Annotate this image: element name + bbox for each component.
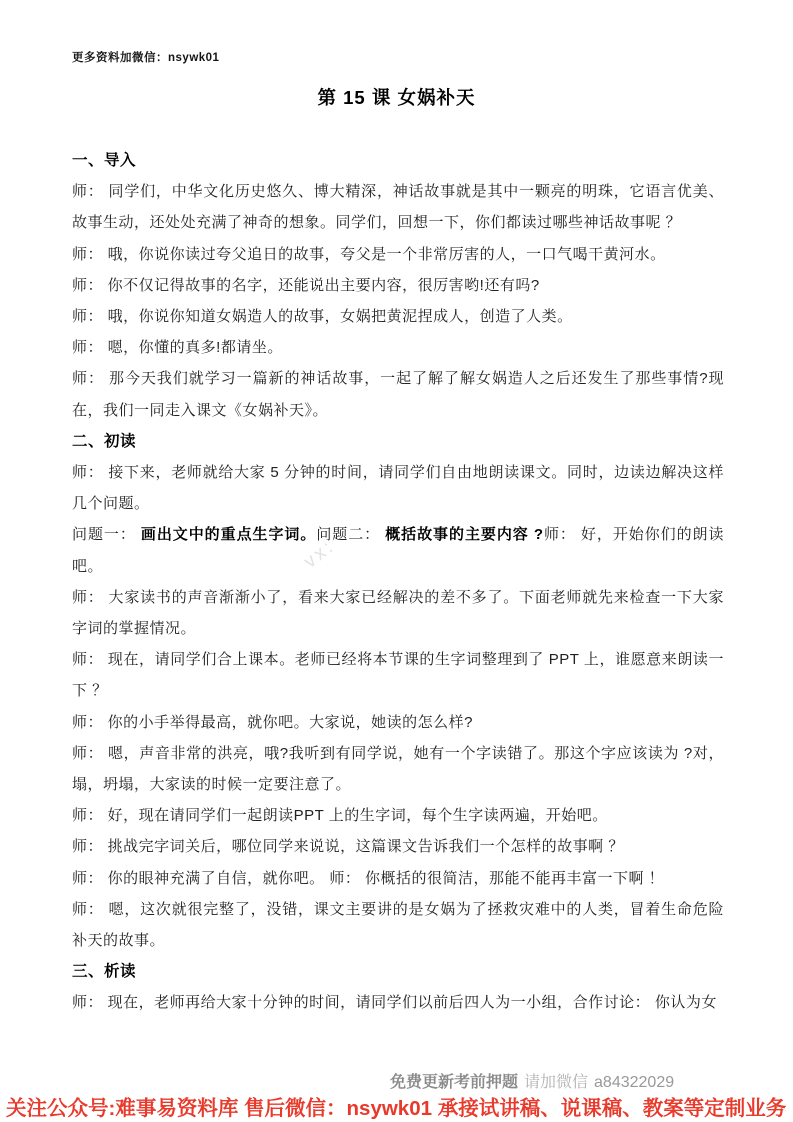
dialogue-paragraph: 师： 现在，请同学们合上课本。老师已经将本节课的生字词整理到了 PPT 上，谁愿… — [72, 644, 724, 706]
dialogue-text: 师： 好，现在请同学们一起朗读PPT 上的生字词，每个生字读两遍，开始吧。 — [72, 807, 608, 824]
emphasis-text: 概括故事的主要内容 ? — [385, 526, 543, 543]
footer-red-banner: 关注公众号:难事易资料库 售后微信：nsywk01 承接试讲稿、说课稿、教案等定… — [6, 1091, 793, 1121]
dialogue-text: 问题二： — [316, 526, 385, 543]
document-page: 更多资料加微信：nsywk01 第 15 课 女娲补天 一、导入师： 同学们，中… — [0, 0, 793, 1122]
dialogue-paragraph: 师： 挑战完字词关后，哪位同学来说说，这篇课文告诉我们一个怎样的故事啊 ？ — [72, 831, 724, 862]
dialogue-text: 师： 哦，你说你读过夸父追日的故事，夸父是一个非常厉害的人，一口气喝干黄河水。 — [72, 246, 666, 263]
dialogue-paragraph: 师： 嗯，这次就很完整了，没错，课文主要讲的是女娲为了拯救灾难中的人类，冒着生命… — [72, 894, 724, 956]
dialogue-text: 师： 接下来，老师就给大家 5 分钟的时间，请同学们自由地朗读课文。同时，边读边… — [72, 464, 724, 512]
dialogue-paragraph: 师： 好，现在请同学们一起朗读PPT 上的生字词，每个生字读两遍，开始吧。 — [72, 800, 724, 831]
document-body: 一、导入师： 同学们，中华文化历史悠久、博大精深，神话故事就是其中一颗亮的明珠，… — [72, 145, 724, 1019]
emphasis-text: 画出文中的重点生字词。 — [141, 526, 316, 543]
dialogue-paragraph: 师： 嗯，声音非常的洪亮，哦?我听到有同学说，她有一个字读错了。那这个字应该读为… — [72, 738, 724, 800]
dialogue-text: 师： 现在，老师再给大家十分钟的时间，请同学们以前后四人为一小组，合作讨论： 你… — [72, 994, 717, 1011]
dialogue-text: 问题一： — [72, 526, 141, 543]
dialogue-paragraph: 师： 你的眼神充满了自信，就你吧。 师： 你概括的很简洁，那能不能再丰富一下啊 … — [72, 863, 724, 894]
dialogue-text: 师： 你的小手举得最高，就你吧。大家说，她读的怎么样? — [72, 714, 473, 731]
dialogue-text: 师： 你不仅记得故事的名字，还能说出主要内容，很厉害哟!还有吗? — [72, 277, 540, 294]
dialogue-paragraph: 师： 那今天我们就学习一篇新的神话故事，一起了解了解女娲造人之后还发生了那些事情… — [72, 363, 724, 425]
dialogue-paragraph: 师： 同学们，中华文化历史悠久、博大精深，神话故事就是其中一颗亮的明珠，它语言优… — [72, 176, 724, 238]
dialogue-paragraph: 师： 你的小手举得最高，就你吧。大家说，她读的怎么样? — [72, 707, 724, 738]
update-note-wechat-id: a84322029 — [594, 1074, 674, 1091]
dialogue-paragraph: 师： 嗯，你懂的真多!都请坐。 — [72, 332, 724, 363]
dialogue-paragraph: 师： 接下来，老师就给大家 5 分钟的时间，请同学们自由地朗读课文。同时，边读边… — [72, 457, 724, 519]
dialogue-text: 师： 现在，请同学们合上课本。老师已经将本节课的生字词整理到了 PPT 上，谁愿… — [72, 651, 724, 699]
dialogue-paragraph: 师： 现在，老师再给大家十分钟的时间，请同学们以前后四人为一小组，合作讨论： 你… — [72, 987, 724, 1018]
dialogue-text: 师： 你的眼神充满了自信，就你吧。 师： 你概括的很简洁，那能不能再丰富一下啊 … — [72, 870, 664, 887]
page-title: 第 15 课 女娲补天 — [0, 84, 793, 110]
dialogue-text: 师： 那今天我们就学习一篇新的神话故事，一起了解了解女娲造人之后还发生了那些事情… — [72, 370, 724, 418]
update-note-bold-text: 免费更新考前押题 — [390, 1074, 518, 1091]
dialogue-text: 师： 大家读书的声音渐渐小了，看来大家已经解决的差不多了。下面老师就先来检查一下… — [72, 589, 724, 637]
header-promo-note: 更多资料加微信：nsywk01 — [72, 49, 219, 65]
dialogue-paragraph: 师： 大家读书的声音渐渐小了，看来大家已经解决的差不多了。下面老师就先来检查一下… — [72, 582, 724, 644]
dialogue-text: 师： 挑战完字词关后，哪位同学来说说，这篇课文告诉我们一个怎样的故事啊 ？ — [72, 838, 624, 855]
dialogue-paragraph: 师： 你不仅记得故事的名字，还能说出主要内容，很厉害哟!还有吗? — [72, 270, 724, 301]
dialogue-text: 师： 哦，你说你知道女娲造人的故事，女娲把黄泥捏成人，创造了人类。 — [72, 308, 573, 325]
dialogue-paragraph: 师： 哦，你说你知道女娲造人的故事，女娲把黄泥捏成人，创造了人类。 — [72, 301, 724, 332]
section-heading: 一、导入 — [72, 145, 724, 176]
dialogue-paragraph: 师： 哦，你说你读过夸父追日的故事，夸父是一个非常厉害的人，一口气喝干黄河水。 — [72, 239, 724, 270]
dialogue-text: 师： 嗯，声音非常的洪亮，哦?我听到有同学说，她有一个字读错了。那这个字应该读为… — [72, 745, 724, 793]
dialogue-text: 师： 嗯，这次就很完整了，没错，课文主要讲的是女娲为了拯救灾难中的人类，冒着生命… — [72, 901, 724, 949]
update-note-light-text: 请加微信 — [524, 1074, 588, 1091]
section-heading: 二、初读 — [72, 426, 724, 457]
dialogue-text: 师： 嗯，你懂的真多!都请坐。 — [72, 339, 283, 356]
footer-update-note: 免费更新考前押题请加微信a84322029 — [390, 1069, 674, 1092]
dialogue-text: 师： 同学们，中华文化历史悠久、博大精深，神话故事就是其中一颗亮的明珠，它语言优… — [72, 183, 724, 231]
section-heading: 三、析读 — [72, 956, 724, 987]
dialogue-paragraph: 问题一： 画出文中的重点生字词。问题二： 概括故事的主要内容 ?师： 好，开始你… — [72, 519, 724, 581]
